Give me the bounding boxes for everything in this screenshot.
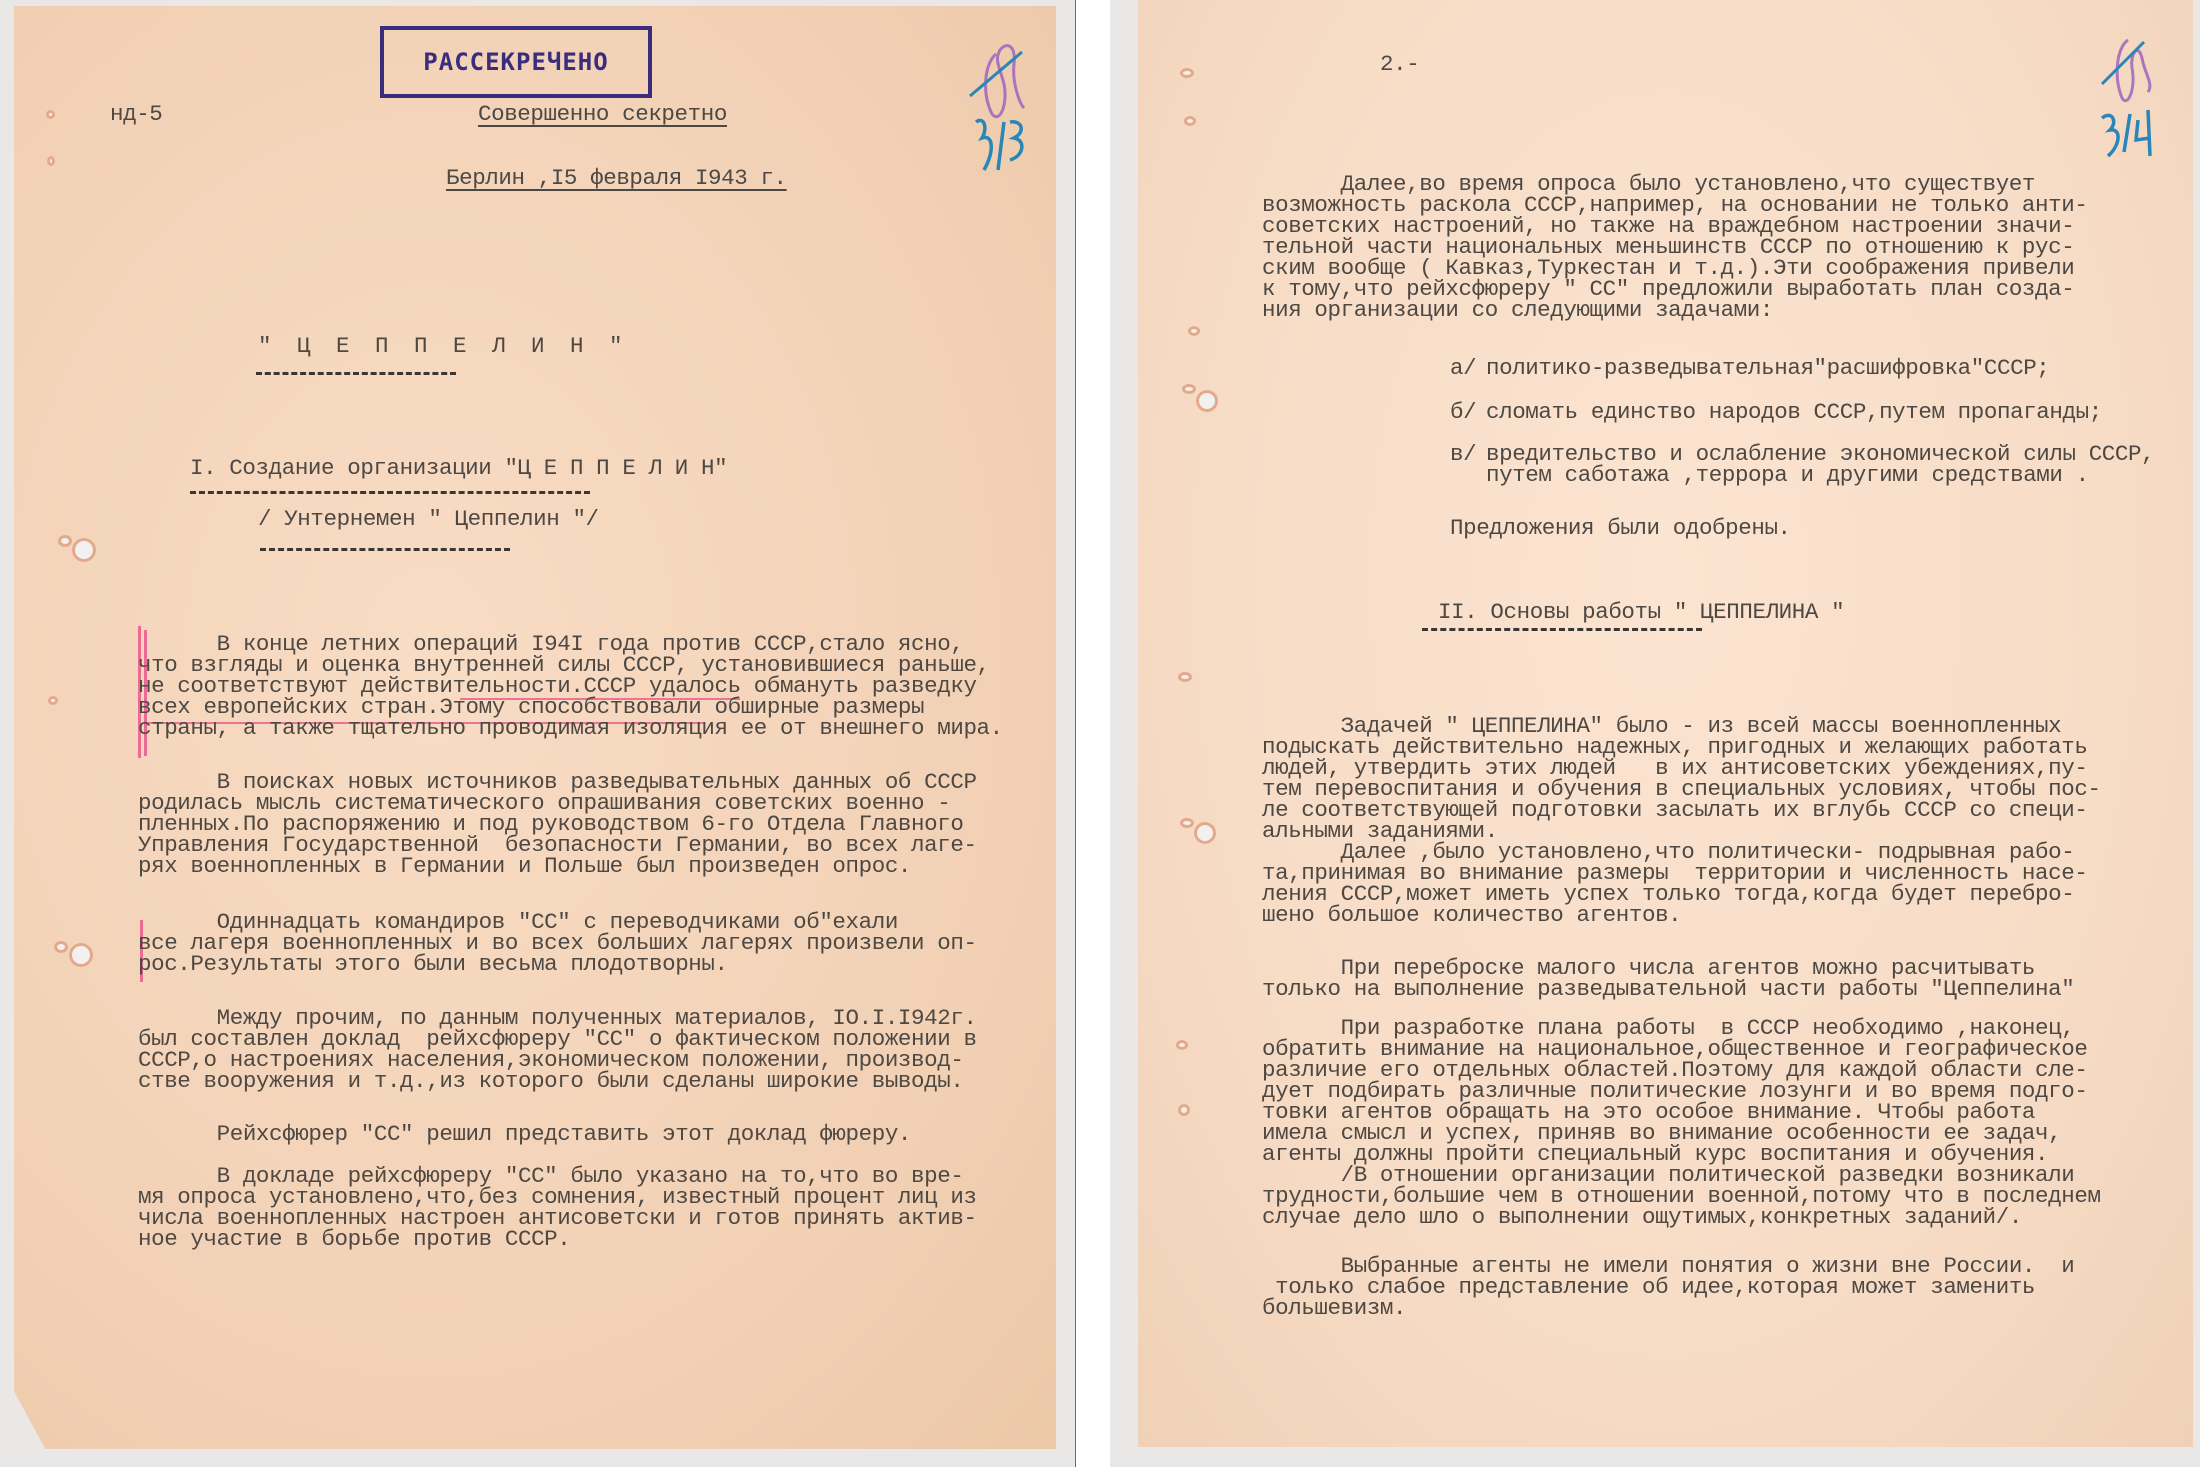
task-marker: в/ (1450, 444, 1476, 465)
section-1-rule (190, 491, 590, 494)
punch-hole (1182, 384, 1196, 394)
punch-hole (1178, 1104, 1190, 1116)
page-number: 2.- (1380, 54, 1419, 75)
paragraph-3: Одиннадцать командиров "СС" с переводчик… (138, 912, 977, 975)
paragraph-6: В докладе рейхсфюреру "СС" было указано … (138, 1166, 977, 1250)
section-1-heading: I. Создание организации "Ц Е П П Е Л И Н… (190, 458, 727, 479)
paragraph-1: В конце летних операций I94I года против… (138, 634, 1003, 739)
punch-hole (1180, 818, 1194, 828)
punch-hole (1184, 116, 1196, 126)
intro-paragraph: Далее,во время опроса было установлено,ч… (1262, 174, 2087, 321)
paragraph-planning: При разработке плана работы в СССР необх… (1262, 1018, 2101, 1228)
punch-hole (1180, 68, 1194, 78)
paragraph-2: В поисках новых источников разведыватель… (138, 772, 977, 877)
place-and-date: Берлин ,I5 февраля I943 г. (446, 168, 787, 189)
task-item: путем саботажа ,террора и другими средст… (1486, 465, 2089, 486)
punch-hole (47, 156, 55, 166)
document-title: " Ц Е П П Е Л И Н " (258, 336, 629, 357)
handwritten-archive-number (2098, 28, 2168, 168)
task-marker: а/ (1450, 358, 1476, 379)
punch-hole (1188, 326, 1200, 336)
section-2-rule (1422, 628, 1702, 631)
punch-hole (46, 110, 55, 119)
task-item: сломать единство народов СССР,путем проп… (1486, 402, 2102, 423)
paragraph-agents: Выбранные агенты не имели понятия о жизн… (1262, 1256, 2074, 1319)
classification-label: Совершенно секретно (478, 104, 727, 125)
task-item: политико-разведывательная"расшифровка"СС… (1486, 358, 2049, 379)
paragraph-small-groups: При переброске малого числа агентов можн… (1262, 958, 2074, 1000)
punch-hole (1196, 390, 1218, 412)
punch-hole (48, 696, 58, 705)
punch-hole (58, 535, 72, 547)
section-1-subheading: / Унтернемен " Цеппелин "/ (258, 509, 599, 530)
punch-hole (1194, 822, 1216, 844)
title-rule (256, 372, 456, 375)
section-2-heading: II. Основы работы " ЦЕППЕЛИНА " (1438, 602, 1844, 623)
document-code: нд-5 (110, 104, 162, 125)
approval-note: Предложения были одобрены. (1450, 518, 1791, 539)
document-page-2: 2.- Далее,во время опроса было установле… (1138, 0, 2193, 1447)
section-1-sub-rule (260, 548, 510, 551)
punch-hole (72, 538, 96, 562)
declassified-stamp: РАССЕКРЕЧЕНО (380, 26, 652, 98)
handwritten-archive-number (964, 24, 1034, 174)
document-page-1: РАССЕКРЕЧЕНО нд-5 Совершенно секретно Бе… (14, 6, 1056, 1449)
punch-hole (1178, 672, 1192, 682)
task-marker: б/ (1450, 402, 1476, 423)
paragraph-4: Между прочим, по данным полученных матер… (138, 1008, 977, 1092)
paragraph-tasks: Задачей " ЦЕППЕЛИНА" было - из всей масс… (1262, 716, 2101, 926)
punch-hole (69, 943, 93, 967)
paragraph-5: Рейхсфюрер "СС" решил представить этот д… (138, 1124, 911, 1145)
punch-hole (1176, 1040, 1188, 1050)
punch-hole (54, 941, 68, 953)
